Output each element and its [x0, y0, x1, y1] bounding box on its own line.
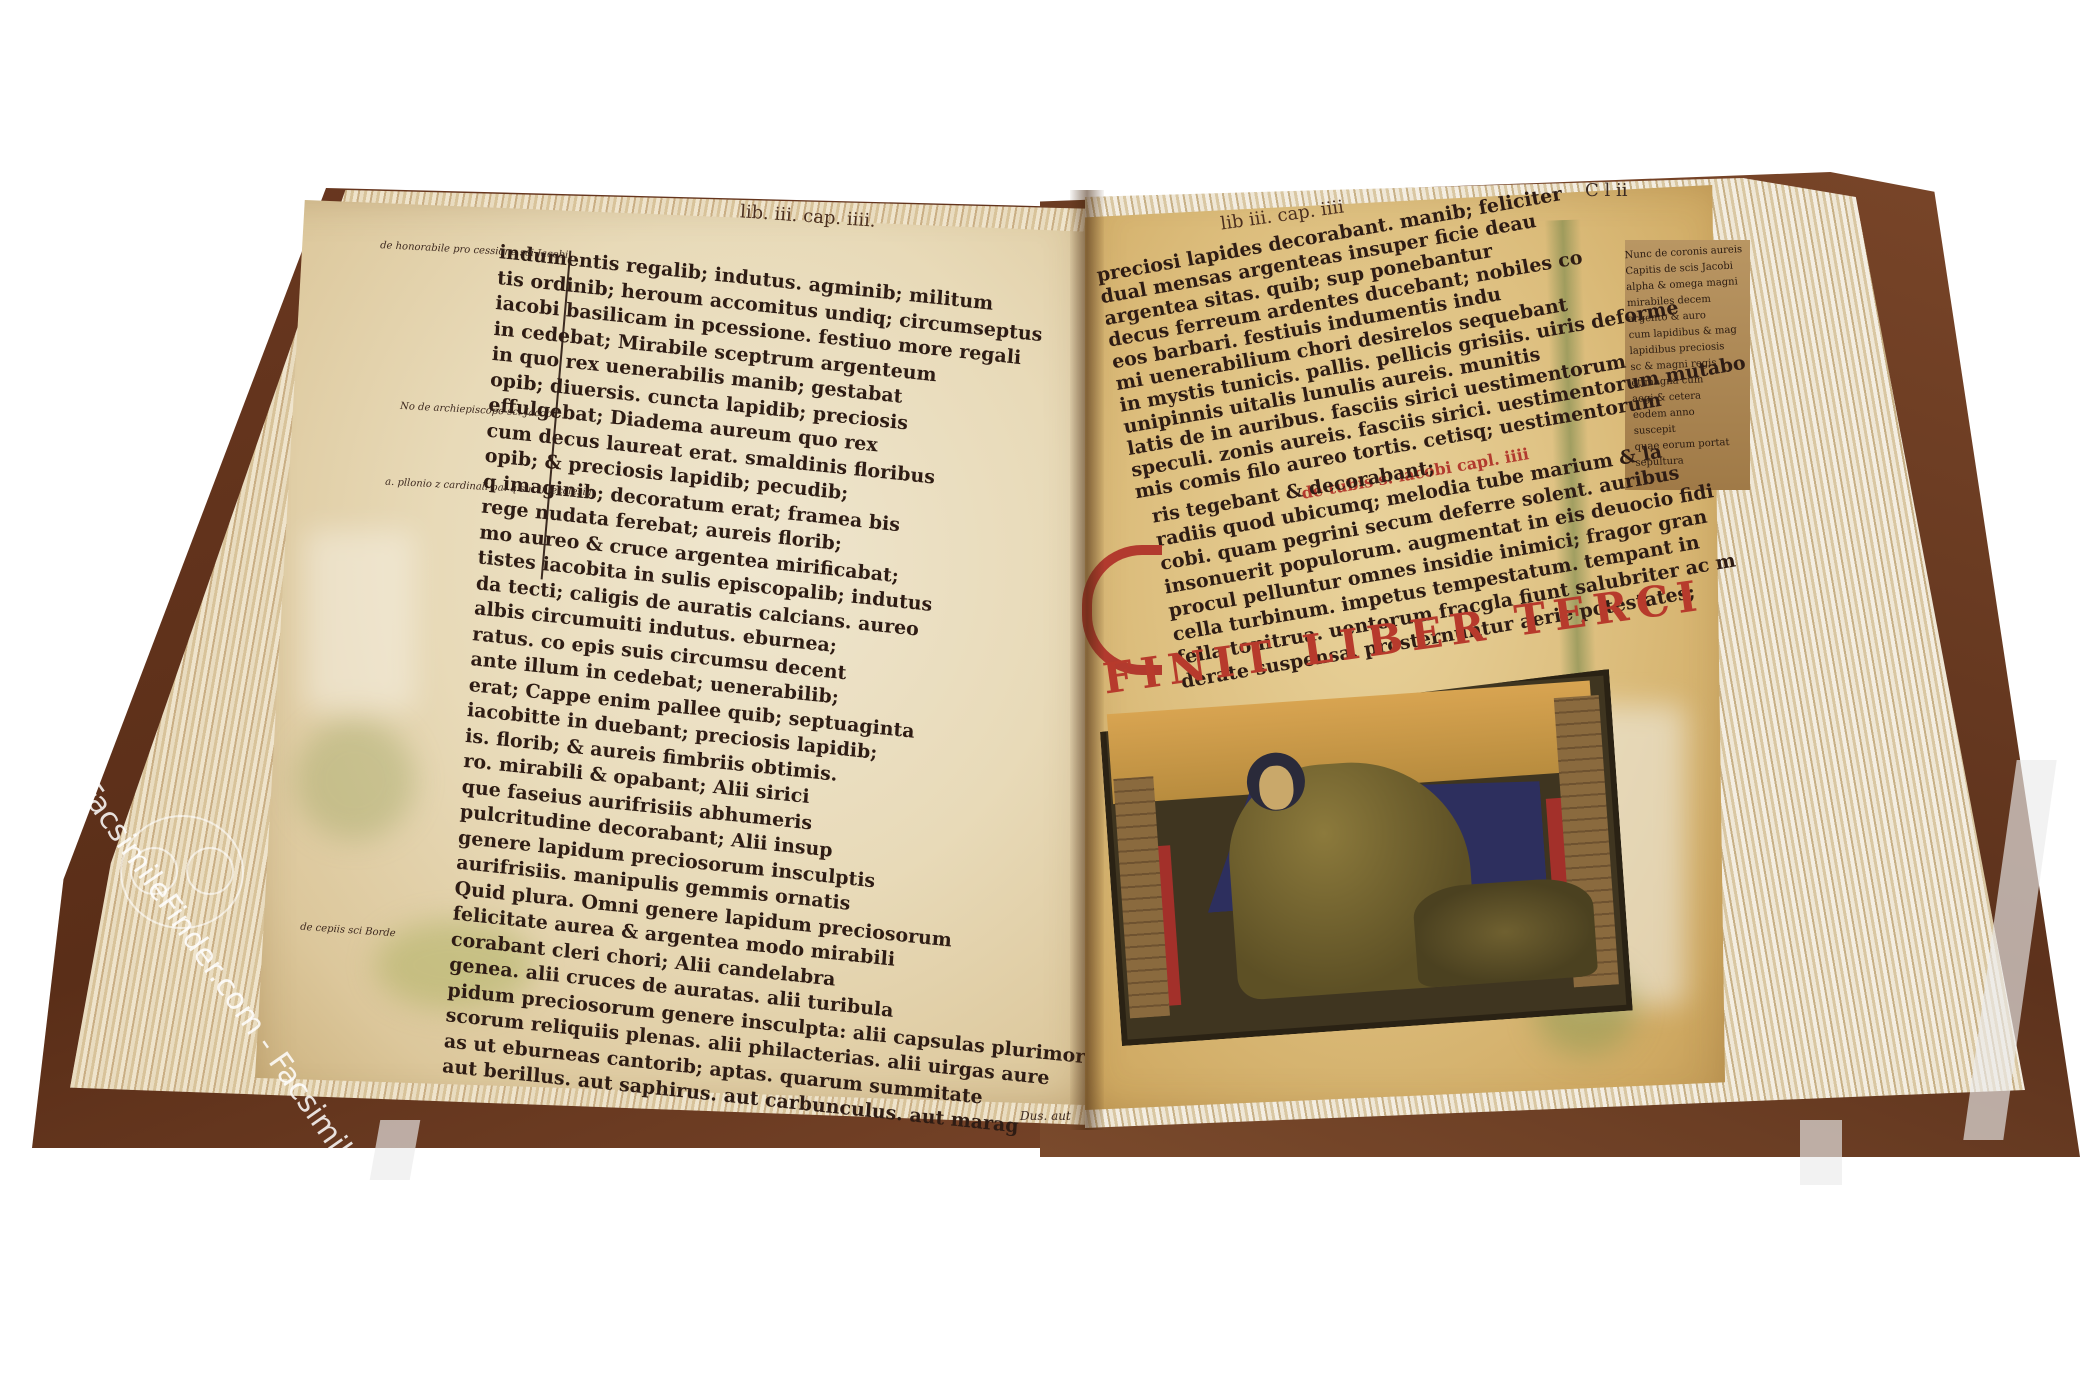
tissue-strip: [1800, 1120, 1842, 1185]
catchword: Dus. aut: [1020, 1110, 1071, 1122]
photo-scene: lib. iii. cap. iiii. de honorabile pro c…: [0, 0, 2100, 1400]
left-page-text: indumentis regalib; indutus. agminib; mi…: [441, 240, 1171, 1150]
stain: [295, 720, 415, 840]
watermark: FacsimileFinder.com - Facsimile: [80, 755, 290, 1015]
pasted-patch: [305, 530, 415, 710]
book-gutter: [1070, 190, 1104, 1130]
drapery: [1412, 876, 1599, 988]
